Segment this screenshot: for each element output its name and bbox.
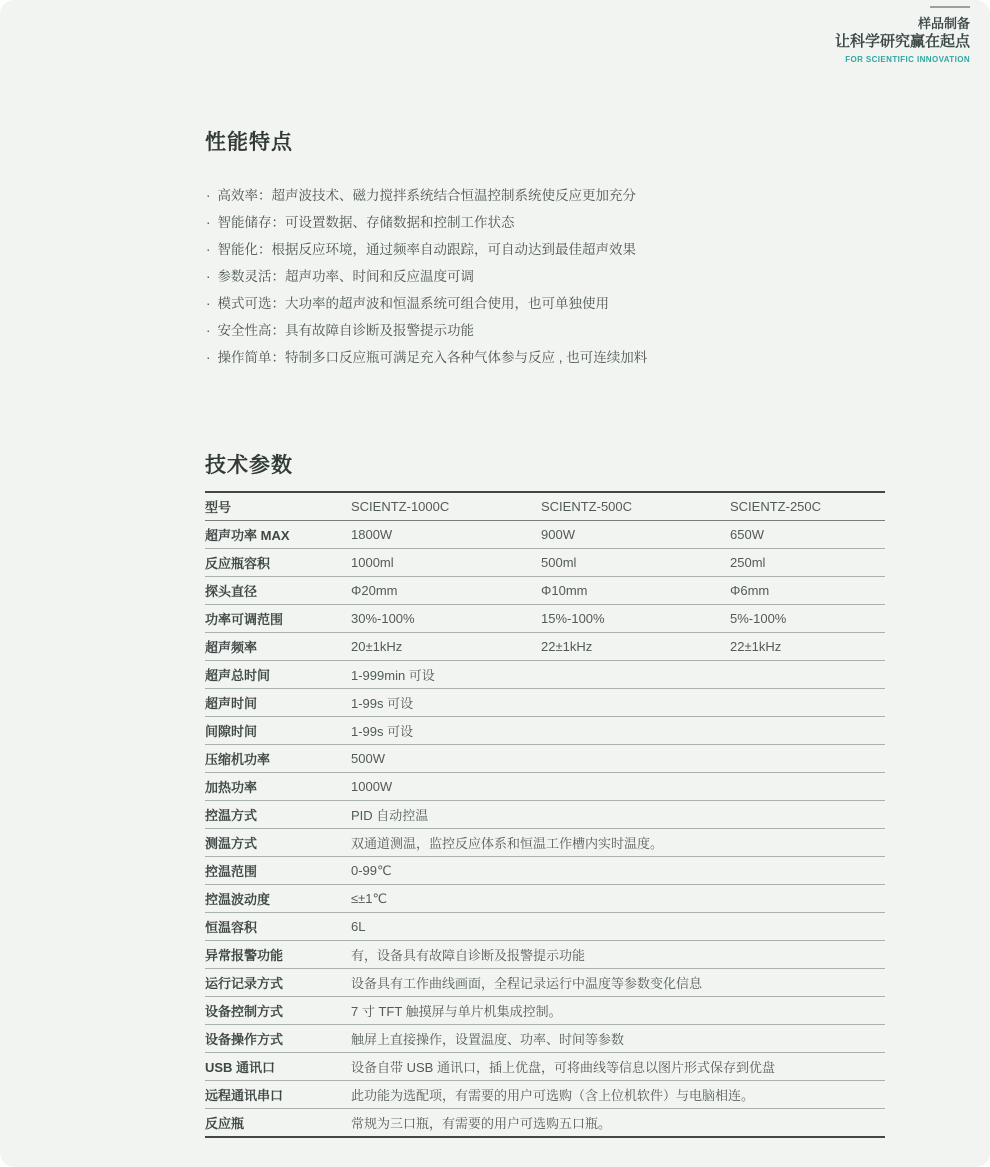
spec-row-value: 250ml xyxy=(730,549,885,577)
spec-row: 控温方式PID 自动控温 xyxy=(205,801,885,829)
spec-row-label: 超声总时间 xyxy=(205,661,351,689)
spec-row-label: 控温范围 xyxy=(205,857,351,885)
spec-row: 反应瓶常规为三口瓶，有需要的用户可选购五口瓶。 xyxy=(205,1109,885,1138)
spec-row: 恒温容积6L xyxy=(205,913,885,941)
spec-table: 型号SCIENTZ-1000CSCIENTZ-500CSCIENTZ-250C超… xyxy=(205,491,885,1138)
spec-row: 功率可调范围30%-100%15%-100%5%-100% xyxy=(205,605,885,633)
spec-row: 设备控制方式7 寸 TFT 触摸屏与单片机集成控制。 xyxy=(205,997,885,1025)
spec-row-value: 有，设备具有故障自诊断及报警提示功能 xyxy=(351,941,885,969)
spec-row-value: 此功能为选配项，有需要的用户可选购（含上位机软件）与电脑相连。 xyxy=(351,1081,885,1109)
spec-model-name: SCIENTZ-250C xyxy=(730,492,885,521)
feature-item: ·参数灵活：超声功率、时间和反应温度可调 xyxy=(205,267,885,294)
spec-row: 超声频率20±1kHz22±1kHz22±1kHz xyxy=(205,633,885,661)
spec-row-value: 1-999min 可设 xyxy=(351,661,885,689)
feature-item: ·智能化：根据反应环境，通过频率自动跟踪，可自动达到最佳超声效果 xyxy=(205,240,885,267)
spec-row-value: 1000W xyxy=(351,773,885,801)
spec-row-value: 6L xyxy=(351,913,885,941)
spec-row-value: 30%-100% xyxy=(351,605,541,633)
feature-text: 高效率：超声波技术、磁力搅拌系统结合恒温控制系统使反应更加充分 xyxy=(218,186,637,206)
spec-row-label: 控温波动度 xyxy=(205,885,351,913)
feature-item: ·安全性高：具有故障自诊断及报警提示功能 xyxy=(205,321,885,348)
feature-item: ·模式可选：大功率的超声波和恒温系统可组合使用，也可单独使用 xyxy=(205,294,885,321)
spec-row-value: 设备具有工作曲线画面，全程记录运行中温度等参数变化信息 xyxy=(351,969,885,997)
spec-row-value: 20±1kHz xyxy=(351,633,541,661)
spec-row-label: 超声频率 xyxy=(205,633,351,661)
features-section: 性能特点 ·高效率：超声波技术、磁力搅拌系统结合恒温控制系统使反应更加充分·智能… xyxy=(205,131,885,375)
spec-row-value: 900W xyxy=(541,521,730,549)
bullet-dot: · xyxy=(206,294,211,314)
spec-row-value: 常规为三口瓶，有需要的用户可选购五口瓶。 xyxy=(351,1109,885,1138)
feature-list: ·高效率：超声波技术、磁力搅拌系统结合恒温控制系统使反应更加充分·智能储存：可设… xyxy=(205,186,885,375)
spec-row-value: Φ20mm xyxy=(351,577,541,605)
spec-row-value: 500W xyxy=(351,745,885,773)
spec-row-value: 双通道测温，监控反应体系和恒温工作槽内实时温度。 xyxy=(351,829,885,857)
spec-row-label: 探头直径 xyxy=(205,577,351,605)
spec-row-label: 反应瓶 xyxy=(205,1109,351,1138)
spec-row-value: 15%-100% xyxy=(541,605,730,633)
spec-row-value: Φ6mm xyxy=(730,577,885,605)
specs-section: 技术参数 型号SCIENTZ-1000CSCIENTZ-500CSCIENTZ-… xyxy=(205,454,885,1138)
spec-row-value: 1-99s 可设 xyxy=(351,717,885,745)
feature-text: 智能化：根据反应环境，通过频率自动跟踪，可自动达到最佳超声效果 xyxy=(218,240,637,260)
spec-row: 运行记录方式设备具有工作曲线画面，全程记录运行中温度等参数变化信息 xyxy=(205,969,885,997)
spec-row: 设备操作方式触屏上直接操作，设置温度、功率、时间等参数 xyxy=(205,1025,885,1053)
bullet-dot: · xyxy=(206,321,211,341)
feature-text: 参数灵活：超声功率、时间和反应温度可调 xyxy=(218,267,475,287)
spec-row-value: 0-99℃ xyxy=(351,857,885,885)
feature-item: ·智能储存：可设置数据、存储数据和控制工作状态 xyxy=(205,213,885,240)
feature-text: 智能储存：可设置数据、存储数据和控制工作状态 xyxy=(218,213,515,233)
spec-row-label: 异常报警功能 xyxy=(205,941,351,969)
feature-item: ·操作简单：特制多口反应瓶可满足充入各种气体参与反应 , 也可连续加料 xyxy=(205,348,885,375)
spec-row: 压缩机功率500W xyxy=(205,745,885,773)
spec-row-label: 超声功率 MAX xyxy=(205,521,351,549)
bullet-dot: · xyxy=(206,240,211,260)
spec-row: 间隙时间1-99s 可设 xyxy=(205,717,885,745)
spec-row-label: 功率可调范围 xyxy=(205,605,351,633)
spec-row-value: 650W xyxy=(730,521,885,549)
spec-row-value: 22±1kHz xyxy=(730,633,885,661)
spec-row-label: 超声时间 xyxy=(205,689,351,717)
bullet-dot: · xyxy=(206,348,211,368)
spec-header-row: 型号SCIENTZ-1000CSCIENTZ-500CSCIENTZ-250C xyxy=(205,492,885,521)
spec-row-value: 500ml xyxy=(541,549,730,577)
spec-row-label: 间隙时间 xyxy=(205,717,351,745)
spec-row-value: 7 寸 TFT 触摸屏与单片机集成控制。 xyxy=(351,997,885,1025)
bullet-dot: · xyxy=(206,186,211,206)
spec-row-label: 恒温容积 xyxy=(205,913,351,941)
spec-row: 超声时间1-99s 可设 xyxy=(205,689,885,717)
spec-row: 远程通讯串口此功能为选配项，有需要的用户可选购（含上位机软件）与电脑相连。 xyxy=(205,1081,885,1109)
spec-row: 超声总时间1-999min 可设 xyxy=(205,661,885,689)
spec-model-name: SCIENTZ-500C xyxy=(541,492,730,521)
spec-row-value: 1800W xyxy=(351,521,541,549)
spec-row: 探头直径Φ20mmΦ10mmΦ6mm xyxy=(205,577,885,605)
spec-row-label: 反应瓶容积 xyxy=(205,549,351,577)
spec-row-label: 压缩机功率 xyxy=(205,745,351,773)
spec-row-value: 设备自带 USB 通讯口，插上优盘，可将曲线等信息以图片形式保存到优盘 xyxy=(351,1053,885,1081)
spec-header-label: 型号 xyxy=(205,492,351,521)
spec-row: 控温范围0-99℃ xyxy=(205,857,885,885)
spec-row: 加热功率1000W xyxy=(205,773,885,801)
spec-row: 反应瓶容积1000ml500ml250ml xyxy=(205,549,885,577)
spec-row-label: 加热功率 xyxy=(205,773,351,801)
feature-text: 操作简单：特制多口反应瓶可满足充入各种气体参与反应 , 也可连续加料 xyxy=(218,348,648,368)
features-title: 性能特点 xyxy=(205,131,885,155)
spec-row-label: 设备操作方式 xyxy=(205,1025,351,1053)
bullet-dot: · xyxy=(206,267,211,287)
bullet-dot: · xyxy=(206,213,211,233)
spec-row-value: PID 自动控温 xyxy=(351,801,885,829)
feature-item: ·高效率：超声波技术、磁力搅拌系统结合恒温控制系统使反应更加充分 xyxy=(205,186,885,213)
spec-row-value: ≤±1℃ xyxy=(351,885,885,913)
catalog-page: 样品制备 让科学研究赢在起点 FOR SCIENTIFIC INNOVATION… xyxy=(0,0,990,1167)
spec-row-label: 测温方式 xyxy=(205,829,351,857)
spec-row-value: 1-99s 可设 xyxy=(351,689,885,717)
spec-row: 控温波动度≤±1℃ xyxy=(205,885,885,913)
specs-title: 技术参数 xyxy=(205,454,885,478)
spec-row-label: 远程通讯串口 xyxy=(205,1081,351,1109)
spec-row: USB 通讯口设备自带 USB 通讯口，插上优盘，可将曲线等信息以图片形式保存到… xyxy=(205,1053,885,1081)
feature-text: 安全性高：具有故障自诊断及报警提示功能 xyxy=(218,321,475,341)
spec-model-name: SCIENTZ-1000C xyxy=(351,492,541,521)
feature-text: 模式可选：大功率的超声波和恒温系统可组合使用，也可单独使用 xyxy=(218,294,610,314)
spec-row: 超声功率 MAX1800W900W650W xyxy=(205,521,885,549)
spec-row-value: 5%-100% xyxy=(730,605,885,633)
spec-row-value: 触屏上直接操作，设置温度、功率、时间等参数 xyxy=(351,1025,885,1053)
spec-row: 异常报警功能有，设备具有故障自诊断及报警提示功能 xyxy=(205,941,885,969)
spec-row-value: Φ10mm xyxy=(541,577,730,605)
spec-row-label: 控温方式 xyxy=(205,801,351,829)
spec-row-label: USB 通讯口 xyxy=(205,1053,351,1081)
spec-row-label: 运行记录方式 xyxy=(205,969,351,997)
spec-row-value: 1000ml xyxy=(351,549,541,577)
spec-row-label: 设备控制方式 xyxy=(205,997,351,1025)
page-content: 性能特点 ·高效率：超声波技术、磁力搅拌系统结合恒温控制系统使反应更加充分·智能… xyxy=(205,0,885,1138)
brand-dash-rule xyxy=(930,6,970,8)
spec-row: 测温方式双通道测温，监控反应体系和恒温工作槽内实时温度。 xyxy=(205,829,885,857)
spec-row-value: 22±1kHz xyxy=(541,633,730,661)
